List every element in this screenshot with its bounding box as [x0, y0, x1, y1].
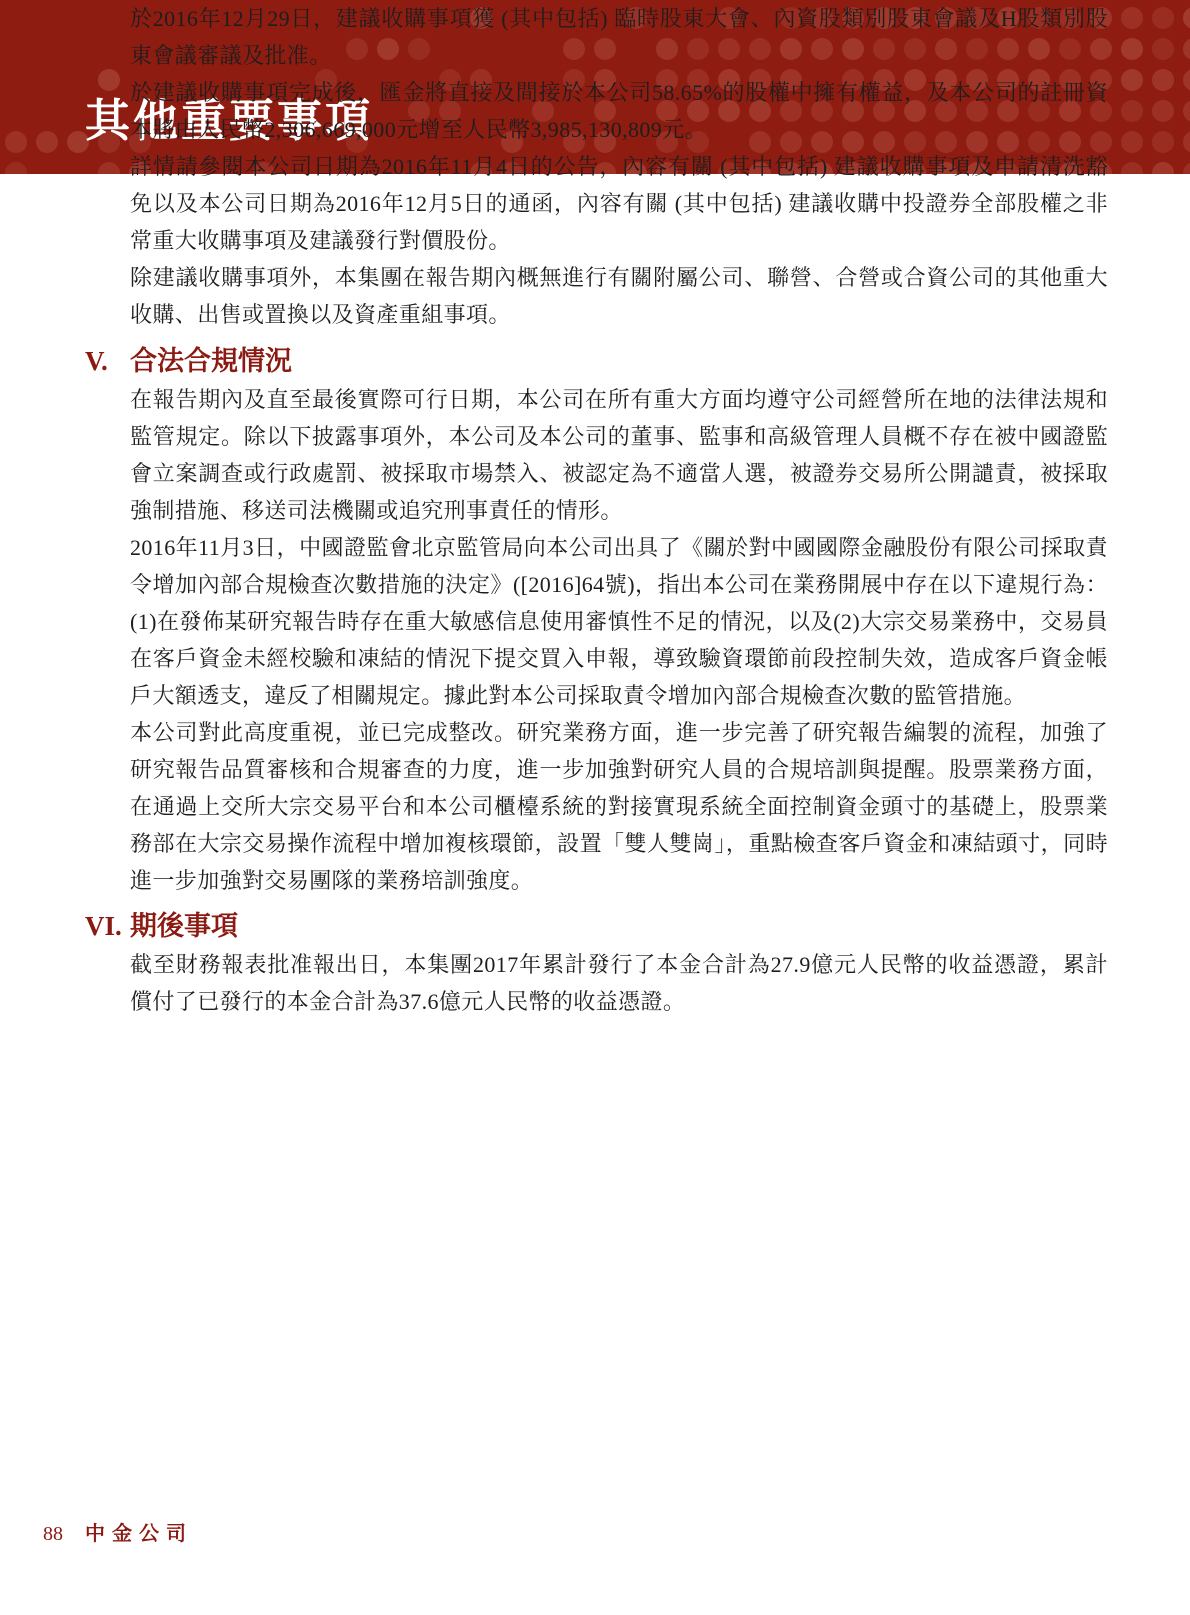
section-heading-subsequent-events: VI. 期後事項	[130, 906, 1108, 946]
subsequent-events-paragraph-1: 截至財務報表批准報出日，本集團2017年累計發行了本金合計為27.9億元人民幣的…	[130, 946, 1108, 1020]
page-footer: 88中金公司	[43, 1521, 193, 1547]
section-legal-compliance: V. 合法合規情況 在報告期內及直至最後實際可行日期，本公司在所有重大方面均遵守…	[130, 341, 1108, 899]
intro-paragraph-2: 於建議收購事項完成後，匯金將直接及間接於本公司58.65%的股權中擁有權益，及本…	[130, 74, 1108, 148]
legal-compliance-paragraph-2: 2016年11月3日，中國證監會北京監管局向本公司出具了《關於對中國國際金融股份…	[130, 529, 1108, 714]
company-name: 中金公司	[85, 1521, 193, 1547]
section-title: 合法合規情況	[130, 346, 292, 376]
section-heading-legal-compliance: V. 合法合規情況	[130, 341, 1108, 381]
section-number: V.	[85, 341, 108, 381]
intro-paragraph-1: 於2016年12月29日，建議收購事項獲 (其中包括) 臨時股東大會、內資股類別…	[130, 0, 1108, 74]
page-number: 88	[43, 1521, 73, 1547]
report-page: 其他重要事項 於2016年12月29日，建議收購事項獲 (其中包括) 臨時股東大…	[0, 0, 1190, 1615]
intro-paragraph-4: 除建議收購事項外，本集團在報告期內概無進行有關附屬公司、聯營、合營或合資公司的其…	[130, 259, 1108, 333]
intro-paragraph-3: 詳情請參閱本公司日期為2016年11月4日的公告，內容有關 (其中包括) 建議收…	[130, 148, 1108, 259]
section-number: VI.	[85, 906, 122, 946]
page-content: 於2016年12月29日，建議收購事項獲 (其中包括) 臨時股東大會、內資股類別…	[130, 0, 1108, 1020]
section-subsequent-events: VI. 期後事項 截至財務報表批准報出日，本集團2017年累計發行了本金合計為2…	[130, 906, 1108, 1020]
legal-compliance-paragraph-3: 本公司對此高度重視，並已完成整改。研究業務方面，進一步完善了研究報告編製的流程，…	[130, 714, 1108, 899]
section-title: 期後事項	[130, 911, 238, 941]
legal-compliance-paragraph-1: 在報告期內及直至最後實際可行日期，本公司在所有重大方面均遵守公司經營所在地的法律…	[130, 381, 1108, 529]
